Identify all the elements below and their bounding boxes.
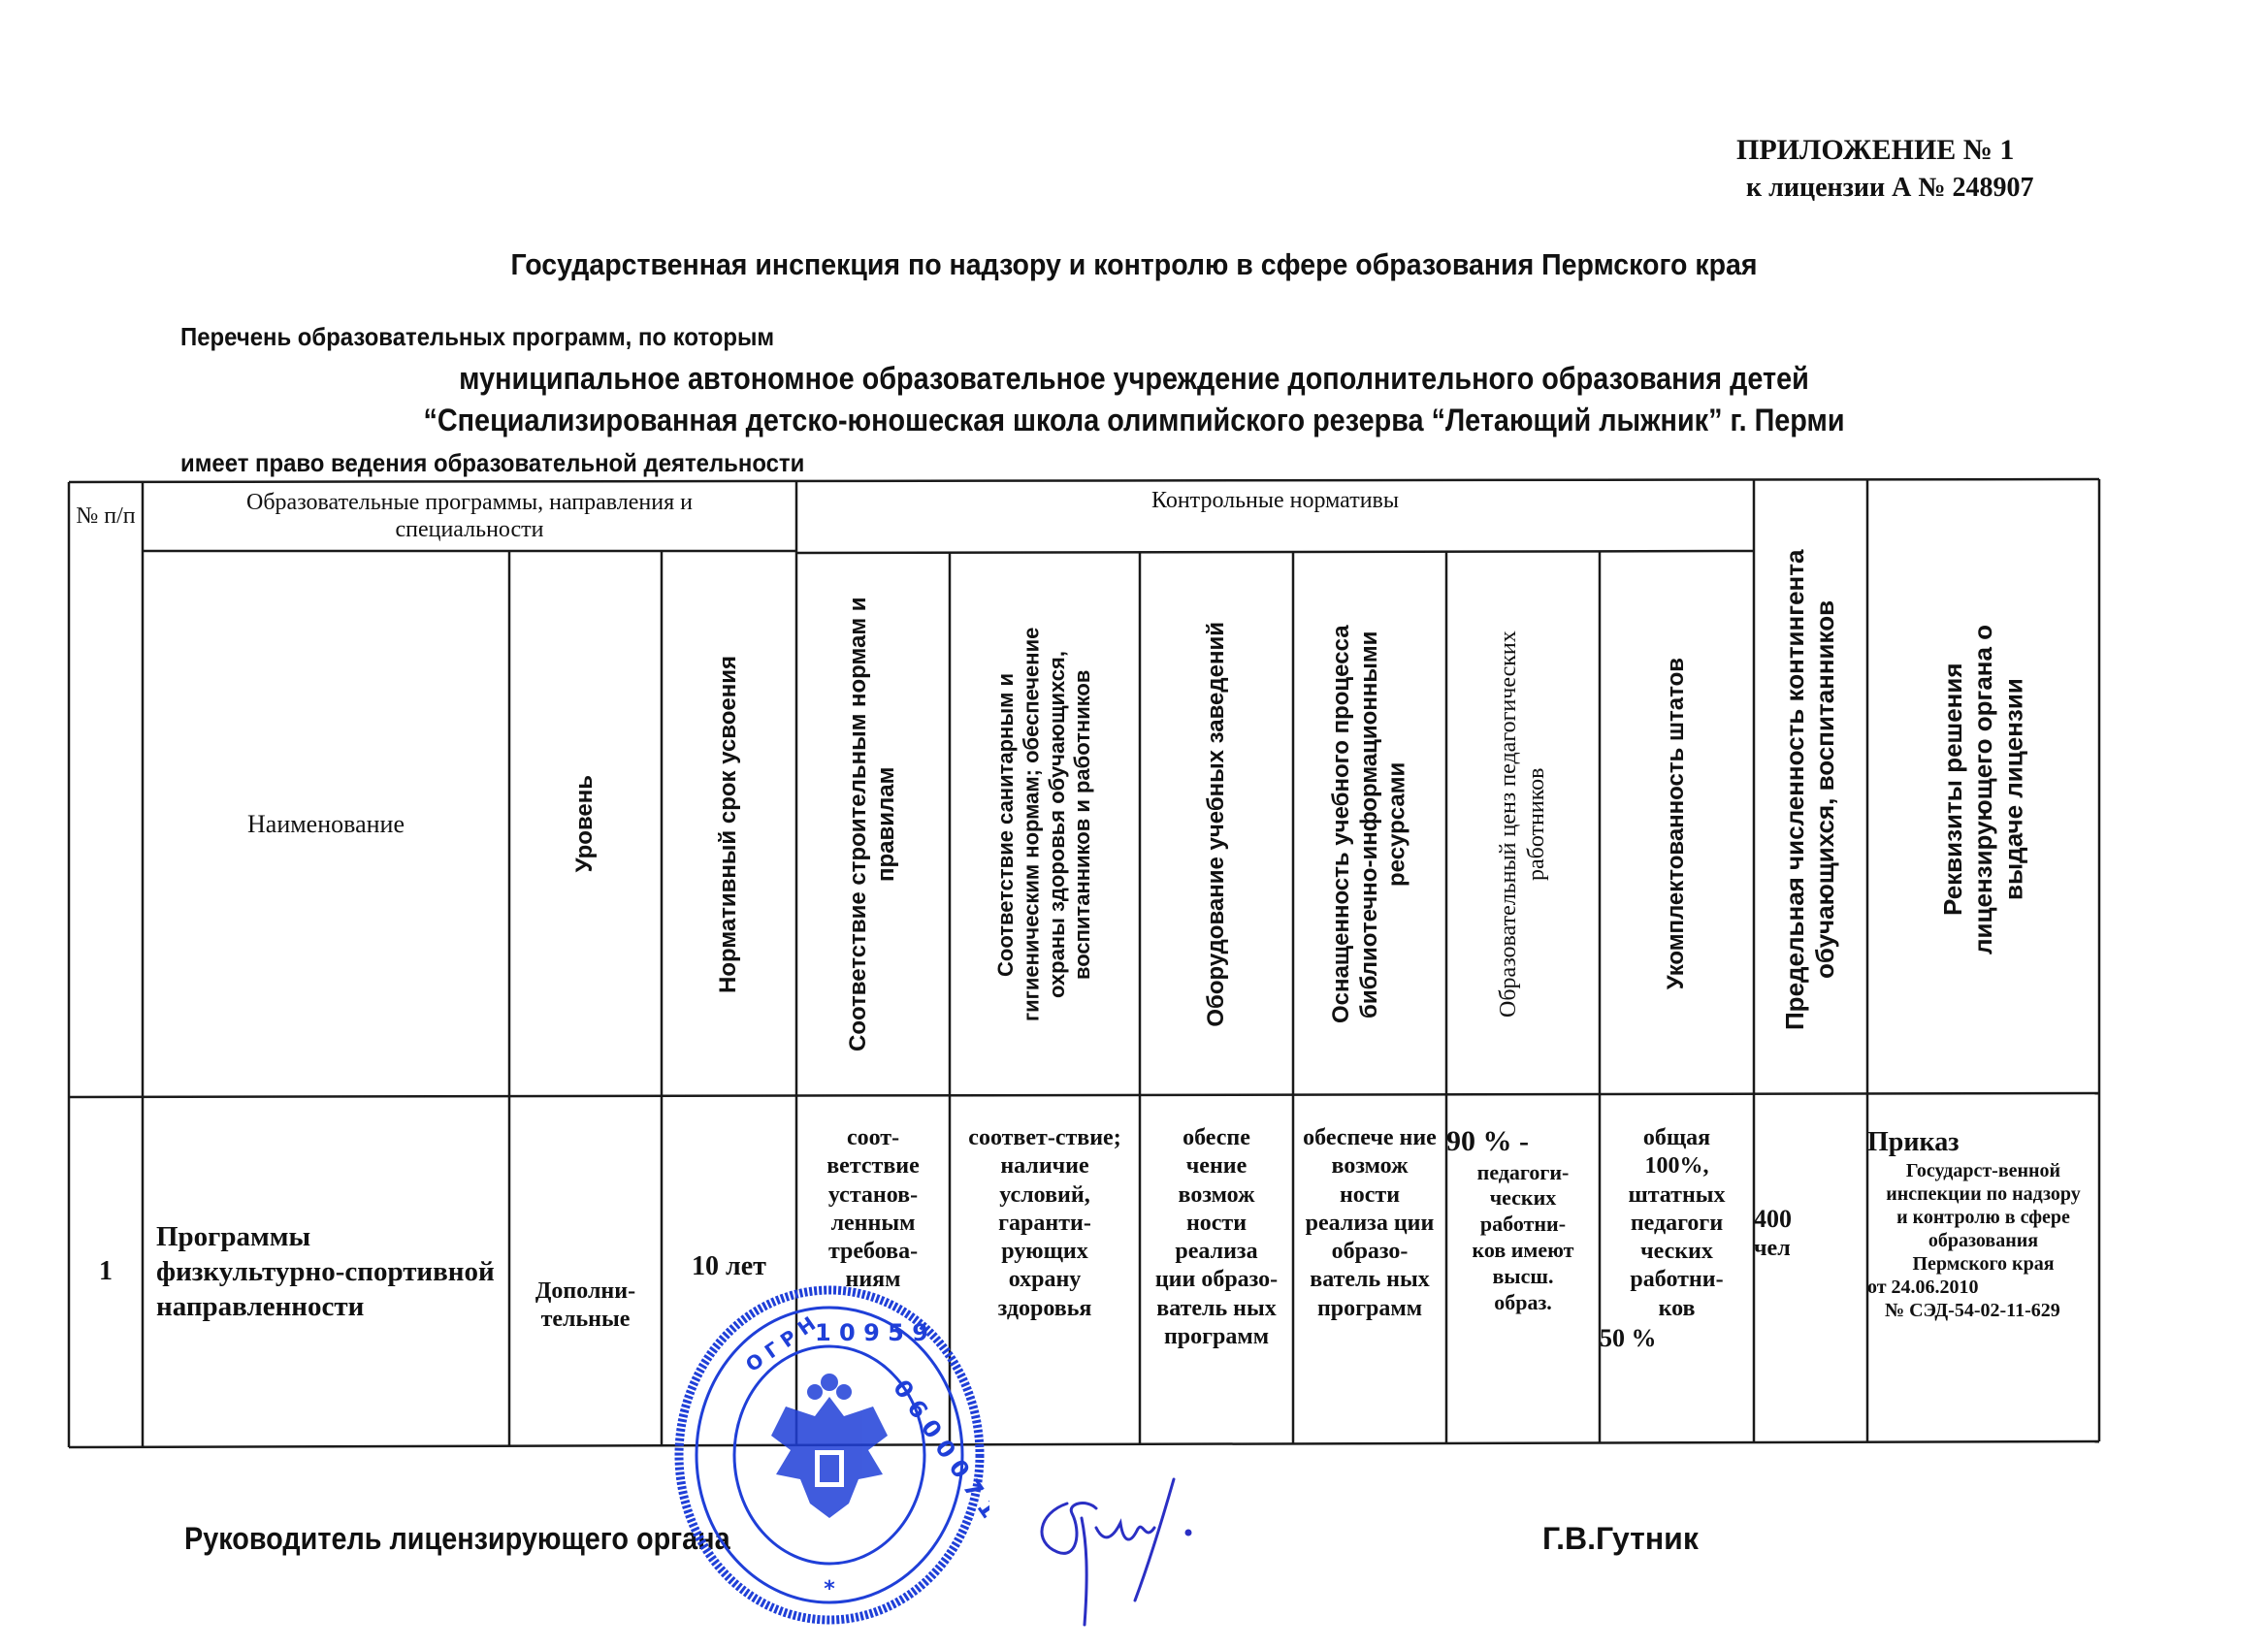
svg-text:О Г Р Н: О Г Р Н	[741, 1311, 820, 1376]
col-decision: Реквизиты решения лицензирующего органа …	[1938, 596, 2029, 984]
capacity-value: 400 чел	[1754, 1097, 1867, 1446]
staffing-percent: 50 %	[1600, 1323, 1657, 1354]
header-programs: Образовательные программы, направления и…	[143, 482, 796, 551]
header-number: № п/п	[69, 482, 143, 551]
decision-value: Приказ Государст-венной инспекции по над…	[1867, 1097, 2099, 1446]
issuer-title: Государственная инспекция по надзору и к…	[91, 247, 2178, 282]
staff-qualification-text: педагоги-ческих работни-ков имеют высш. …	[1446, 1160, 1600, 1316]
col-library-resources: Оснащенность учебного процесса библиотеч…	[1328, 616, 1411, 1033]
decision-text: Государст-венной инспекции по надзору и …	[1867, 1159, 2099, 1276]
right-statement: имеет право ведения образовательной деят…	[180, 448, 804, 478]
license-number: к лицензии А № 248907	[1746, 173, 2034, 204]
organization-name-line2: “Специализированная детско-юношеская шко…	[113, 403, 2155, 438]
col-level: Уровень	[571, 775, 599, 872]
col-sanitary-norms: Соответствие санитарным и гигиеническим …	[993, 592, 1096, 1057]
signature-icon	[1028, 1474, 1232, 1630]
col-capacity: Предельная численность контингента обуча…	[1780, 518, 1840, 1061]
decision-date: от 24.06.2010	[1867, 1276, 1979, 1299]
intro-text: Перечень образовательных программ, по ко…	[180, 322, 774, 352]
program-name: Программы физкультурно-спортивной направ…	[143, 1097, 509, 1446]
capacity-number: 400	[1754, 1204, 1792, 1235]
col-staffing: Укомплектованность штатов	[1663, 658, 1691, 989]
decision-title: Приказ	[1867, 1126, 1959, 1159]
col-term: Нормативный срок усвоения	[715, 656, 743, 993]
col-staff-qualification: Образовательный ценз педагогических рабо…	[1495, 621, 1551, 1028]
signatory-name: Г.В.Гутник	[1542, 1521, 1699, 1557]
staffing-value: общая 100%, штатных педагоги ческих рабо…	[1600, 1097, 1754, 1446]
col-building-norms: Соответствие строительным нормам и прави…	[845, 597, 901, 1052]
capacity-unit: чел	[1754, 1235, 1791, 1263]
organization-name-line1: муниципальное автономное образовательное…	[113, 361, 2155, 397]
appendix-title: ПРИЛОЖЕНИЕ № 1	[1736, 134, 2014, 167]
row-number: 1	[69, 1097, 143, 1446]
official-seal-icon: О Г Р Н 1 0 9 5 9 0 6 0 0 0 7 1 7 *	[669, 1280, 989, 1630]
equipment-value: обеспе чение возмож ности реализа ции об…	[1140, 1097, 1293, 1446]
staff-qualification-percent: 90 % -	[1446, 1124, 1529, 1160]
col-equipment: Оборудование учебных заведений	[1203, 622, 1231, 1027]
staffing-text: общая 100%, штатных педагоги ческих рабо…	[1600, 1124, 1754, 1323]
decision-number: № СЭД-54-02-11-629	[1867, 1299, 2078, 1322]
svg-text:1 0 9 5 9: 1 0 9 5 9	[815, 1319, 928, 1346]
svg-text:*: *	[824, 1577, 835, 1601]
signatory-title: Руководитель лицензирующего органа	[184, 1521, 730, 1557]
program-level: Дополни-тельные	[509, 1097, 662, 1446]
library-resources-value: обеспече ние возмож ности реализа ции об…	[1293, 1097, 1446, 1446]
svg-text:0 6 0 0 0 7 1 7: 0 6 0 0 0 7 1 7	[888, 1374, 989, 1542]
staff-qualification-value: 90 % - педагоги-ческих работни-ков имеют…	[1446, 1097, 1600, 1446]
header-control-norms: Контрольные нормативы	[796, 482, 1754, 521]
col-name: Наименование	[143, 551, 509, 1097]
